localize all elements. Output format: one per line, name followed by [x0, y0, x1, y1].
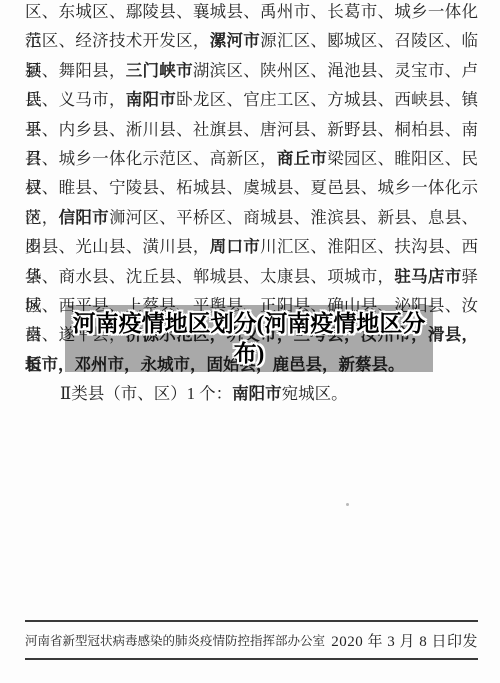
footer-issuer-text: 河南省新型冠状病毒感染的肺炎疫情防控指挥部办公室: [25, 631, 325, 649]
text-line: Ⅱ类县（市、区）1 个：南阳市宛城区。: [25, 379, 478, 408]
text-line: 区、东城区、鄢陵县、襄城县、禹州市、长葛市、城乡一体化示: [25, 0, 478, 26]
region-list-text: 县、城乡一体化示范区、高新区，: [25, 149, 277, 168]
region-list-text: Ⅱ类县（市、区）1 个：: [60, 384, 232, 403]
scan-artifact-speck: [346, 503, 349, 506]
footer-bar: 河南省新型冠状病毒感染的肺炎疫情防控指挥部办公室 2020 年 3 月 8 日印…: [25, 620, 478, 660]
text-line: 县、城乡一体化示范区、高新区，商丘市梁园区、睢阳区、民权: [25, 144, 478, 173]
text-line: 山县、光山县、潢川县，周口市川汇区、淮阳区、扶沟县、西华: [25, 232, 478, 261]
text-line: 区，信阳市浉河区、平桥区、商城县、淮滨县、新县、息县、罗: [25, 203, 478, 232]
footer-print-date: 2020 年 3 月 8 日印发: [331, 630, 478, 651]
watermark-title-overlay: 河南疫情地区划分(河南疫情地区分 布): [65, 305, 433, 372]
text-line: 县、商水县、沈丘县、郸城县、太康县、项城市，驻马店市驿城: [25, 262, 478, 291]
region-list-text: 范区、经济技术开发区，: [25, 31, 210, 50]
region-list-text: 县、舞阳县，: [25, 61, 126, 80]
text-line: 县、舞阳县，三门峡市湖滨区、陕州区、渑池县、灵宝市、卢氏: [25, 56, 478, 85]
text-line: 县、内乡县、淅川县、社旗县、唐河县、新野县、桐柏县、南召: [25, 115, 478, 144]
bold-region-name: 南阳市: [126, 90, 176, 109]
region-list-text: 县、义马市，: [25, 90, 126, 109]
text-line: 县、睢县、宁陵县、柘城县、虞城县、夏邑县、城乡一体化示范: [25, 173, 478, 202]
watermark-title-line1: 河南疫情地区划分(河南疫情地区分: [73, 309, 426, 339]
bold-region-name: 南阳市: [232, 384, 282, 403]
region-list-text: 县、商水县、沈丘县、郸城县、太康县、项城市，: [25, 267, 394, 286]
bold-region-name: 三门峡市: [126, 61, 193, 80]
scanned-document-page: { "colors": { "paper": "#fdfdfd", "ink":…: [0, 0, 500, 683]
bold-region-name: 商丘市: [277, 149, 327, 168]
region-list-text: 山县、光山县、潢川县，: [25, 237, 210, 256]
text-line: 范区、经济技术开发区，漯河市源汇区、郾城区、召陵区、临颍: [25, 26, 478, 55]
region-list-text: 宛城区。: [282, 384, 348, 403]
text-line: 县、义马市，南阳市卧龙区、官庄工区、方城县、西峡县、镇平: [25, 85, 478, 114]
bold-region-name: 周口市: [210, 237, 260, 256]
watermark-title-line2: 布): [234, 339, 265, 369]
bold-region-name: 漯河市: [210, 31, 260, 50]
region-list-text: 区，: [25, 208, 59, 227]
watermark-title: 河南疫情地区划分(河南疫情地区分 布): [59, 305, 439, 372]
bold-region-name: 驻马店市: [394, 267, 461, 286]
bold-region-name: 信阳市: [59, 208, 109, 227]
